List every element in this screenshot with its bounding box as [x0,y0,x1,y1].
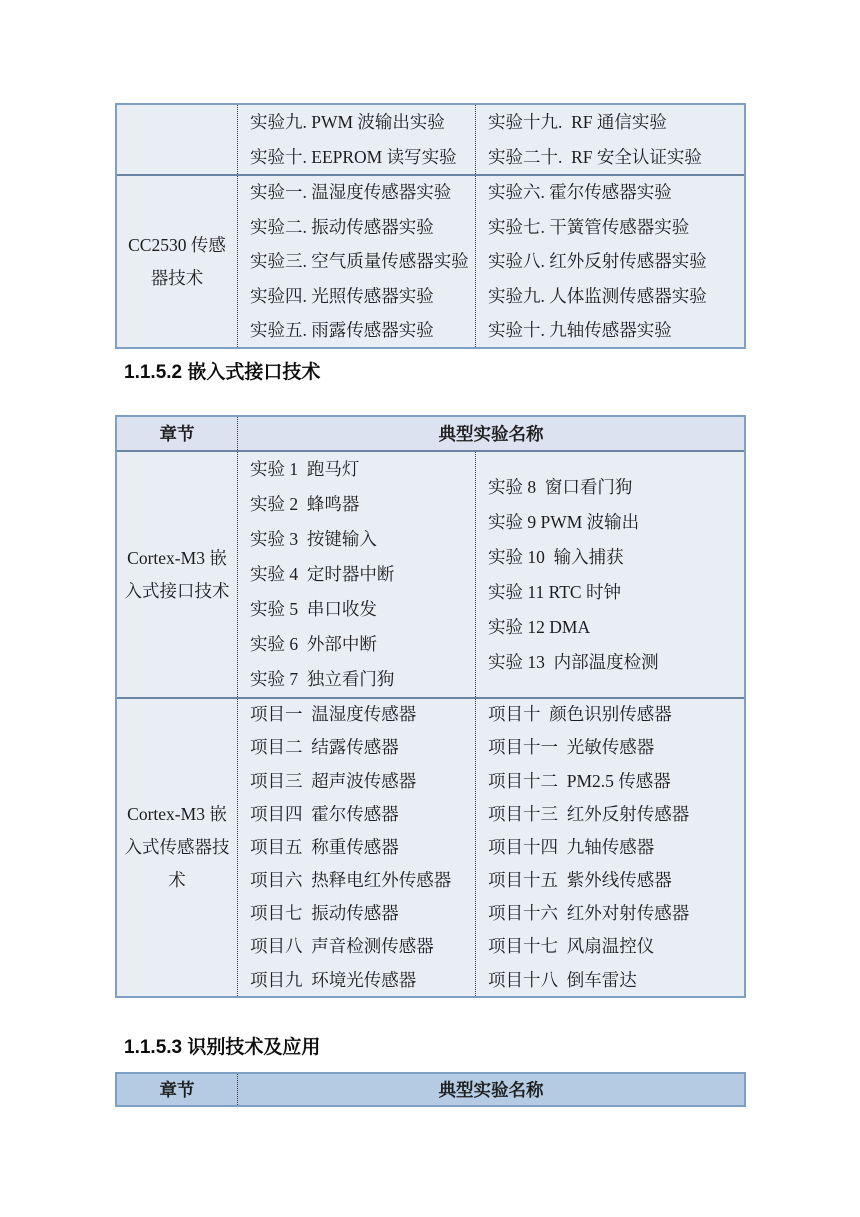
experiment-item: 实验 7 独立看门狗 [250,662,475,697]
experiment-item: 项目十二 PM2.5 传感器 [488,765,744,798]
experiment-item: 项目七 振动传感器 [250,897,475,930]
document-page: 实验九. PWM 波输出实验实验十. EEPROM 读写实验 实验十九. RF … [0,0,860,1217]
table-cc2530-sensor: 实验九. PWM 波输出实验实验十. EEPROM 读写实验 实验十九. RF … [115,103,746,349]
experiment-item: 实验 3 按键输入 [250,522,475,557]
experiment-item: 项目十四 九轴传感器 [488,831,744,864]
experiment-item: 实验 6 外部中断 [250,627,475,662]
experiment-item: 实验 10 输入捕获 [488,540,744,575]
experiment-item: 实验 13 内部温度检测 [488,645,744,680]
experiment-item: 项目四 霍尔传感器 [250,798,475,831]
section-heading-recognition-tech: 1.1.5.3 识别技术及应用 [124,1032,320,1059]
experiment-list-left: 实验 1 跑马灯实验 2 蜂鸣器实验 3 按键输入实验 4 定时器中断实验 5 … [237,452,475,697]
experiment-item: 实验 2 蜂鸣器 [250,487,475,522]
chapter-cell [117,105,237,174]
header-experiment-name: 典型实验名称 [237,1074,744,1105]
experiment-item: 实验 5 串口收发 [250,592,475,627]
experiment-item: 实验 11 RTC 时钟 [488,575,744,610]
experiment-list-right: 实验 8 窗口看门狗实验 9 PWM 波输出实验 10 输入捕获实验 11 RT… [475,452,744,697]
header-chapter: 章节 [117,1074,237,1105]
experiment-list-right: 实验六. 霍尔传感器实验实验七. 干簧管传感器实验实验八. 红外反射传感器实验实… [475,176,744,347]
experiment-item: 实验 8 窗口看门狗 [488,470,744,505]
table-row: Cortex-M3 嵌入式传感器技术 项目一 温湿度传感器项目二 结露传感器项目… [117,697,744,996]
experiment-list-right: 项目十 颜色识别传感器项目十一 光敏传感器项目十二 PM2.5 传感器项目十三 … [475,699,744,996]
experiment-item: 实验六. 霍尔传感器实验 [488,175,744,210]
experiment-item: 项目十一 光敏传感器 [488,731,744,764]
experiment-item: 实验五. 雨露传感器实验 [250,313,475,348]
experiment-item: 实验九. 人体监测传感器实验 [488,279,744,314]
table-recognition-tech: 章节 典型实验名称 [115,1072,746,1107]
header-experiment-name: 典型实验名称 [237,417,744,450]
table-row: Cortex-M3 嵌入式接口技术 实验 1 跑马灯实验 2 蜂鸣器实验 3 按… [117,452,744,697]
experiment-list-left: 项目一 温湿度传感器项目二 结露传感器项目三 超声波传感器项目四 霍尔传感器项目… [237,699,475,996]
experiment-item: 实验四. 光照传感器实验 [250,279,475,314]
table-row: 实验九. PWM 波输出实验实验十. EEPROM 读写实验 实验十九. RF … [117,105,744,174]
experiment-item: 实验一. 温湿度传感器实验 [250,175,475,210]
experiment-list-right: 实验十九. RF 通信实验实验二十. RF 安全认证实验 [475,105,744,174]
experiment-item: 实验十. 九轴传感器实验 [488,313,744,348]
experiment-item: 实验二十. RF 安全认证实验 [488,140,744,175]
chapter-cell: Cortex-M3 嵌入式接口技术 [117,452,237,697]
experiment-item: 项目六 热释电红外传感器 [250,864,475,897]
experiment-item: 项目三 超声波传感器 [250,765,475,798]
experiment-item: 实验二. 振动传感器实验 [250,210,475,245]
experiment-list-left: 实验一. 温湿度传感器实验实验二. 振动传感器实验实验三. 空气质量传感器实验实… [237,176,475,347]
experiment-item: 实验三. 空气质量传感器实验 [250,244,475,279]
table-row: CC2530 传感器技术 实验一. 温湿度传感器实验实验二. 振动传感器实验实验… [117,174,744,347]
experiment-item: 实验九. PWM 波输出实验 [250,105,475,140]
experiment-item: 项目十三 红外反射传感器 [488,798,744,831]
experiment-item: 实验 1 跑马灯 [250,452,475,487]
experiment-item: 实验十. EEPROM 读写实验 [250,140,475,175]
experiment-item: 项目八 声音检测传感器 [250,930,475,963]
header-chapter: 章节 [117,417,237,450]
experiment-item: 项目十七 风扇温控仪 [488,930,744,963]
table-header-row: 章节 典型实验名称 [117,1074,744,1105]
chapter-cell: Cortex-M3 嵌入式传感器技术 [117,699,237,996]
experiment-item: 实验 12 DMA [488,610,744,645]
experiment-item: 实验七. 干簧管传感器实验 [488,210,744,245]
experiment-item: 项目十 颜色识别传感器 [488,698,744,731]
experiment-item: 实验八. 红外反射传感器实验 [488,244,744,279]
experiment-item: 项目五 称重传感器 [250,831,475,864]
experiment-item: 实验十九. RF 通信实验 [488,105,744,140]
experiment-item: 项目二 结露传感器 [250,731,475,764]
experiment-item: 实验 9 PWM 波输出 [488,505,744,540]
experiment-item: 项目九 环境光传感器 [250,964,475,997]
section-heading-embedded-interface: 1.1.5.2 嵌入式接口技术 [124,357,320,384]
experiment-item: 项目十八 倒车雷达 [488,964,744,997]
experiment-item: 实验 4 定时器中断 [250,557,475,592]
table-header-row: 章节 典型实验名称 [117,417,744,452]
experiment-item: 项目一 温湿度传感器 [250,698,475,731]
experiment-item: 项目十六 红外对射传感器 [488,897,744,930]
table-embedded-interface: 章节 典型实验名称 Cortex-M3 嵌入式接口技术 实验 1 跑马灯实验 2… [115,415,746,998]
chapter-cell: CC2530 传感器技术 [117,176,237,347]
experiment-list-left: 实验九. PWM 波输出实验实验十. EEPROM 读写实验 [237,105,475,174]
experiment-item: 项目十五 紫外线传感器 [488,864,744,897]
